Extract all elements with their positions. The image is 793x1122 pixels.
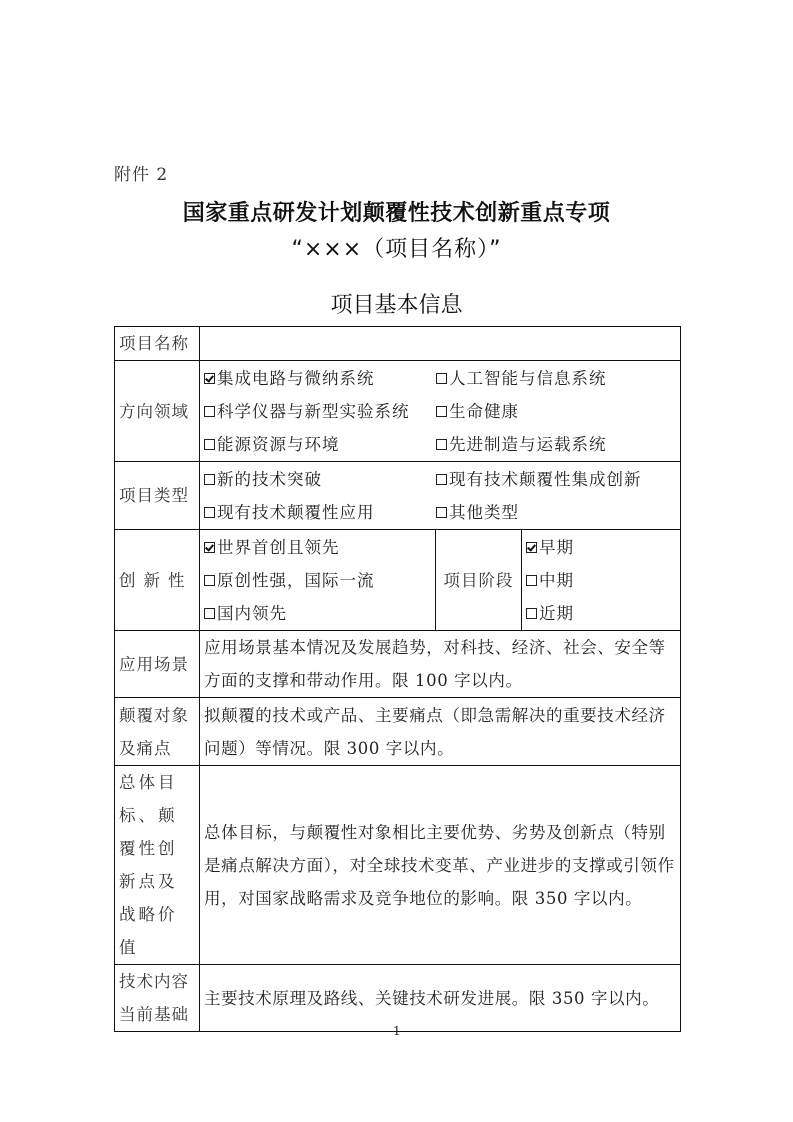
tech-content-label: 技术内容当前基础 [115,965,200,1032]
tech-content-field[interactable]: 主要技术原理及路线、关键技术研发进展。限 350 字以内。 [200,965,681,1032]
section-title: 项目基本信息 [0,288,793,319]
checkbox-icon[interactable] [436,373,447,384]
checkbox-icon[interactable] [436,474,447,485]
project-name-label: 项目名称 [115,327,200,361]
overall-goal-label: 总体目标、颠覆性创新点及战略价值 [115,766,200,965]
project-type-options: 新的技术突破 现有技术颠覆性集成创新 现有技术颠覆性应用 其他类型 [200,462,681,530]
row-tech-content: 技术内容当前基础 主要技术原理及路线、关键技术研发进展。限 350 字以内。 [115,965,681,1032]
row-direction: 方向领域 集成电路与微纳系统 人工智能与信息系统 科学仪器与新型实验系统 生命健… [115,361,681,462]
innovation-option-world-first[interactable]: 世界首创且领先 [204,531,431,564]
project-info-table: 项目名称 方向领域 集成电路与微纳系统 人工智能与信息系统 科学仪器与新型实验系… [114,326,681,1032]
direction-label: 方向领域 [115,361,200,462]
stage-option-recent[interactable]: 近期 [526,597,676,630]
row-overall-goal: 总体目标、颠覆性创新点及战略价值 总体目标，与颠覆性对象相比主要优势、劣势及创新… [115,766,681,965]
row-disruption-target: 颠覆对象及痛点 拟颠覆的技术或产品、主要痛点（即急需解决的重要技术经济问题）等情… [115,698,681,766]
scenario-label: 应用场景 [115,631,200,698]
scenario-field[interactable]: 应用场景基本情况及发展趋势，对科技、经济、社会、安全等方面的支撑和带动作用。限 … [200,631,681,698]
row-scenario: 应用场景 应用场景基本情况及发展趋势，对科技、经济、社会、安全等方面的支撑和带动… [115,631,681,698]
direction-option-energy[interactable]: 能源资源与环境 [204,428,436,461]
row-project-name: 项目名称 [115,327,681,361]
checkbox-checked-icon[interactable] [526,542,537,553]
direction-option-health[interactable]: 生命健康 [436,395,676,428]
direction-options: 集成电路与微纳系统 人工智能与信息系统 科学仪器与新型实验系统 生命健康 能源资… [200,361,681,462]
checkbox-icon[interactable] [204,439,215,450]
checkbox-icon[interactable] [526,608,537,619]
direction-option-manufacturing[interactable]: 先进制造与运载系统 [436,428,676,461]
stage-option-early[interactable]: 早期 [526,531,676,564]
checkbox-icon[interactable] [436,406,447,417]
checkbox-icon[interactable] [204,608,215,619]
project-type-label: 项目类型 [115,462,200,530]
type-option-application[interactable]: 现有技术颠覆性应用 [204,496,436,529]
checkbox-icon[interactable] [436,439,447,450]
stage-option-middle[interactable]: 中期 [526,564,676,597]
innovation-options: 世界首创且领先 原创性强，国际一流 国内领先 [200,530,436,631]
checkbox-icon[interactable] [436,507,447,518]
row-project-type: 项目类型 新的技术突破 现有技术颠覆性集成创新 现有技术颠覆性应用 其他类型 [115,462,681,530]
checkbox-icon[interactable] [204,507,215,518]
innovation-label: 创新性 [115,530,200,631]
direction-option-ai[interactable]: 人工智能与信息系统 [436,362,676,395]
checkbox-icon[interactable] [526,575,537,586]
stage-options: 早期 中期 近期 [522,530,681,631]
checkbox-checked-icon[interactable] [204,373,215,384]
type-option-integration[interactable]: 现有技术颠覆性集成创新 [436,463,676,496]
checkbox-icon[interactable] [204,474,215,485]
project-name-field[interactable] [200,327,681,361]
disruption-target-field[interactable]: 拟颠覆的技术或产品、主要痛点（即急需解决的重要技术经济问题）等情况。限 300 … [200,698,681,766]
direction-option-ic[interactable]: 集成电路与微纳系统 [204,362,436,395]
checkbox-icon[interactable] [204,406,215,417]
stage-label: 项目阶段 [436,530,522,631]
document-title: 国家重点研发计划颠覆性技术创新重点专项 [0,196,793,227]
disruption-target-label: 颠覆对象及痛点 [115,698,200,766]
row-innovation: 创新性 世界首创且领先 原创性强，国际一流 国内领先 项目阶段 早期 中期 近期 [115,530,681,631]
checkbox-checked-icon[interactable] [204,542,215,553]
page-number: 1 [393,1024,401,1038]
type-option-new-breakthrough[interactable]: 新的技术突破 [204,463,436,496]
attachment-label: 附件 2 [114,160,168,185]
innovation-option-original[interactable]: 原创性强，国际一流 [204,564,431,597]
innovation-option-domestic[interactable]: 国内领先 [204,597,431,630]
direction-option-instrument[interactable]: 科学仪器与新型实验系统 [204,395,436,428]
checkbox-icon[interactable] [204,575,215,586]
overall-goal-field[interactable]: 总体目标，与颠覆性对象相比主要优势、劣势及创新点（特别是痛点解决方面），对全球技… [200,766,681,965]
project-name-title: “×××（项目名称）” [0,232,793,263]
type-option-other[interactable]: 其他类型 [436,496,676,529]
